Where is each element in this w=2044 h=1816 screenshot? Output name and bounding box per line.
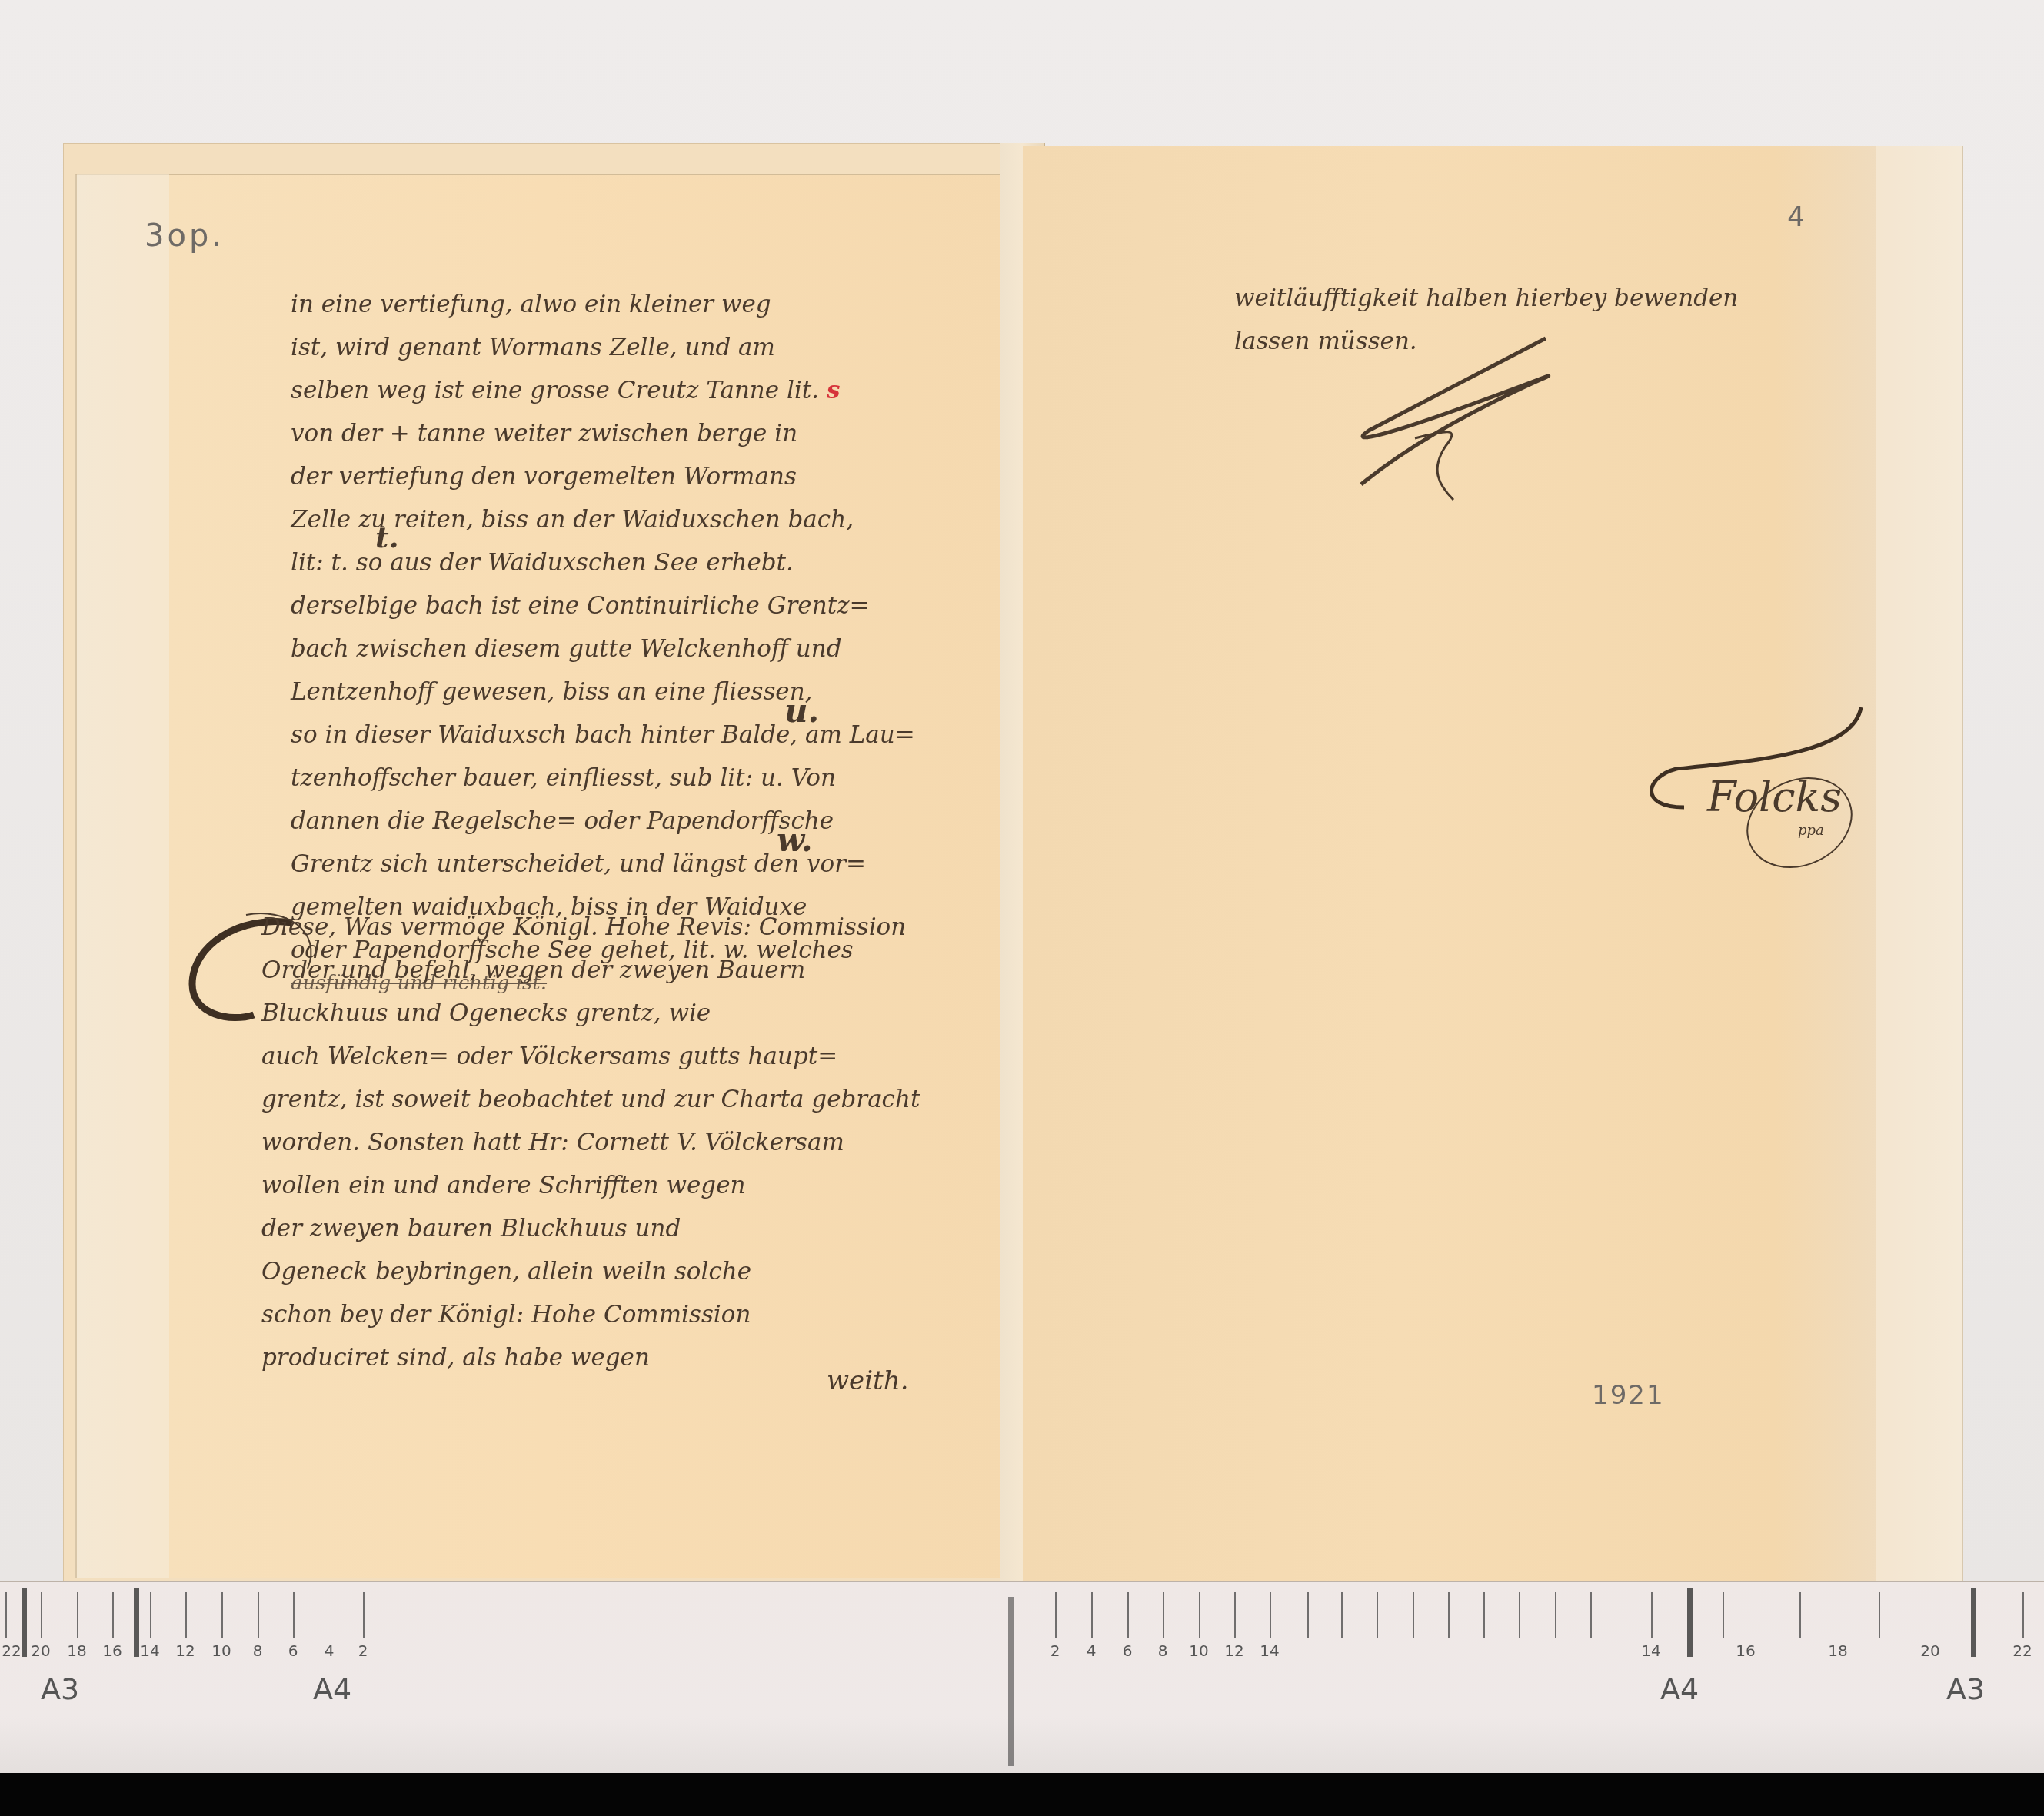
tick xyxy=(1879,1592,1880,1638)
text-line: Bluckhuus und Ogenecks grentz, wie xyxy=(261,992,920,1035)
ruler-a4-left: A4 xyxy=(313,1672,351,1706)
text-line: weitläufftigkeit halben hierbey bewenden xyxy=(1234,277,1738,320)
text-line: ist, wird genant Wormans Zelle, und am xyxy=(291,326,915,369)
text-line: selben weg ist eine grosse Creutz Tanne … xyxy=(291,369,915,412)
left-page-paragraph-2: Diese, Was vermöge Königl. Hohe Revis: C… xyxy=(261,906,920,1379)
tick xyxy=(1519,1592,1520,1638)
tick xyxy=(1127,1592,1129,1638)
a3-marker-tick xyxy=(1971,1588,1976,1657)
ruler-label: 16 xyxy=(102,1641,122,1660)
ruler-label: 10 xyxy=(211,1641,231,1660)
red-letter-s: s xyxy=(827,377,840,404)
tick xyxy=(1555,1592,1556,1638)
text-line: auch Welcken= oder Völckersams gutts hau… xyxy=(261,1035,920,1078)
a4-marker-tick xyxy=(1687,1588,1693,1657)
tick xyxy=(1590,1592,1592,1638)
scale-ruler: 22 20 18 16 14 12 10 8 6 4 2 A3 A4 2 4 6… xyxy=(0,1581,2044,1774)
ruler-label: 14 xyxy=(140,1641,159,1660)
tick xyxy=(293,1592,295,1638)
tick xyxy=(1413,1592,1414,1638)
text-line: derselbige bach ist eine Continuirliche … xyxy=(291,584,915,627)
scanner-bed-edge xyxy=(0,1773,2044,1816)
ruler-label: 6 xyxy=(288,1641,298,1660)
tick xyxy=(1163,1592,1164,1638)
text-line: Lentzenhoff gewesen, biss an eine fliess… xyxy=(291,670,915,713)
signature-paraph: ppa xyxy=(1798,823,1824,839)
ruler-label: 4 xyxy=(1087,1641,1097,1660)
ruler-label: 14 xyxy=(1260,1641,1279,1660)
red-letter-w: w. xyxy=(777,821,813,859)
tick xyxy=(5,1592,7,1638)
red-letter-t: t. xyxy=(375,520,399,554)
tick xyxy=(363,1592,365,1638)
ruler-label: 14 xyxy=(1641,1641,1660,1660)
a4-marker-tick xyxy=(134,1588,139,1657)
tick xyxy=(112,1592,114,1638)
text-line: der zweyen bauren Bluckhuus und xyxy=(261,1207,920,1250)
ruler-label: 22 xyxy=(2012,1641,2032,1660)
ruler-label: 4 xyxy=(325,1641,335,1660)
red-letter-u: u. xyxy=(784,692,819,730)
left-page-paragraph-1: in eine vertiefung, alwo ein kleiner weg… xyxy=(291,283,915,1003)
tick xyxy=(185,1592,187,1638)
ruler-label: 8 xyxy=(253,1641,263,1660)
ruler-label: 20 xyxy=(31,1641,50,1660)
tick xyxy=(1234,1592,1236,1638)
tick xyxy=(1307,1592,1309,1638)
text-line: grentz, ist soweit beobachtet und zur Ch… xyxy=(261,1078,920,1121)
ruler-label: 18 xyxy=(1828,1641,1847,1660)
tick xyxy=(1799,1592,1801,1638)
text-line: worden. Sonsten hatt Hr: Cornett V. Völc… xyxy=(261,1121,920,1164)
tick xyxy=(1651,1592,1653,1638)
catchword: weith. xyxy=(827,1365,908,1396)
ruler-label: 10 xyxy=(1189,1641,1208,1660)
ruler-a3-right: A3 xyxy=(1946,1672,1985,1706)
left-pencil-folio: 3op. xyxy=(145,218,225,254)
text-line: Order und befehl, wegen der zweyen Bauer… xyxy=(261,949,920,992)
tick xyxy=(2022,1592,2024,1638)
text-line: dannen die Regelsche= oder Papendorffsch… xyxy=(291,800,915,843)
ruler-label: 2 xyxy=(358,1641,368,1660)
a3-marker-tick xyxy=(22,1588,27,1657)
tick xyxy=(258,1592,259,1638)
tick xyxy=(221,1592,223,1638)
right-pencil-folio: 4 xyxy=(1787,201,1808,233)
ruler-label: 12 xyxy=(1224,1641,1243,1660)
closing-flourish-icon xyxy=(1292,323,1584,507)
ruler-label: 20 xyxy=(1920,1641,1939,1660)
ruler-label: 22 xyxy=(2,1641,21,1660)
tick xyxy=(41,1592,42,1638)
signature: Folcks xyxy=(1707,773,1842,821)
tick xyxy=(1055,1592,1057,1638)
pencil-archive-number: 1921 xyxy=(1592,1380,1665,1411)
ruler-label: 8 xyxy=(1158,1641,1168,1660)
text-line: der vertiefung den vorgemelten Wormans xyxy=(291,455,915,498)
text-line: schon bey der Königl: Hohe Commission xyxy=(261,1293,920,1336)
ruler-a4-right: A4 xyxy=(1660,1672,1699,1706)
ruler-label: 18 xyxy=(67,1641,86,1660)
text-line: wollen ein und andere Schrifften wegen xyxy=(261,1164,920,1207)
tick xyxy=(1377,1592,1378,1638)
ruler-a3-left: A3 xyxy=(41,1672,79,1706)
tick xyxy=(1270,1592,1271,1638)
left-repair-tape xyxy=(77,174,169,1578)
text-line: von der + tanne weiter zwischen berge in xyxy=(291,412,915,455)
tick xyxy=(150,1592,151,1638)
text-line: Ogeneck beybringen, allein weiln solche xyxy=(261,1250,920,1293)
text-line: bach zwischen diesem gutte Welckenhoff u… xyxy=(291,627,915,670)
tick xyxy=(1091,1592,1093,1638)
text-line: so in dieser Waiduxsch bach hinter Balde… xyxy=(291,713,915,757)
tick xyxy=(1341,1592,1343,1638)
text-line: Grentz sich unterscheidet, und längst de… xyxy=(291,843,915,886)
text-line: produciret sind, als habe wegen xyxy=(261,1336,920,1379)
ruler-label: 12 xyxy=(175,1641,195,1660)
tick xyxy=(77,1592,78,1638)
tick xyxy=(1483,1592,1485,1638)
tick xyxy=(1199,1592,1200,1638)
tick xyxy=(1448,1592,1450,1638)
ruler-center-tick xyxy=(1008,1597,1014,1766)
text-line: tzenhoffscher bauer, einfliesst, sub lit… xyxy=(291,757,915,800)
text-line: Diese, Was vermöge Königl. Hohe Revis: C… xyxy=(261,906,920,949)
text-line: in eine vertiefung, alwo ein kleiner weg xyxy=(291,283,915,326)
ruler-label: 2 xyxy=(1050,1641,1060,1660)
ruler-label: 16 xyxy=(1736,1641,1755,1660)
tick xyxy=(1723,1592,1724,1638)
ruler-label: 6 xyxy=(1123,1641,1133,1660)
